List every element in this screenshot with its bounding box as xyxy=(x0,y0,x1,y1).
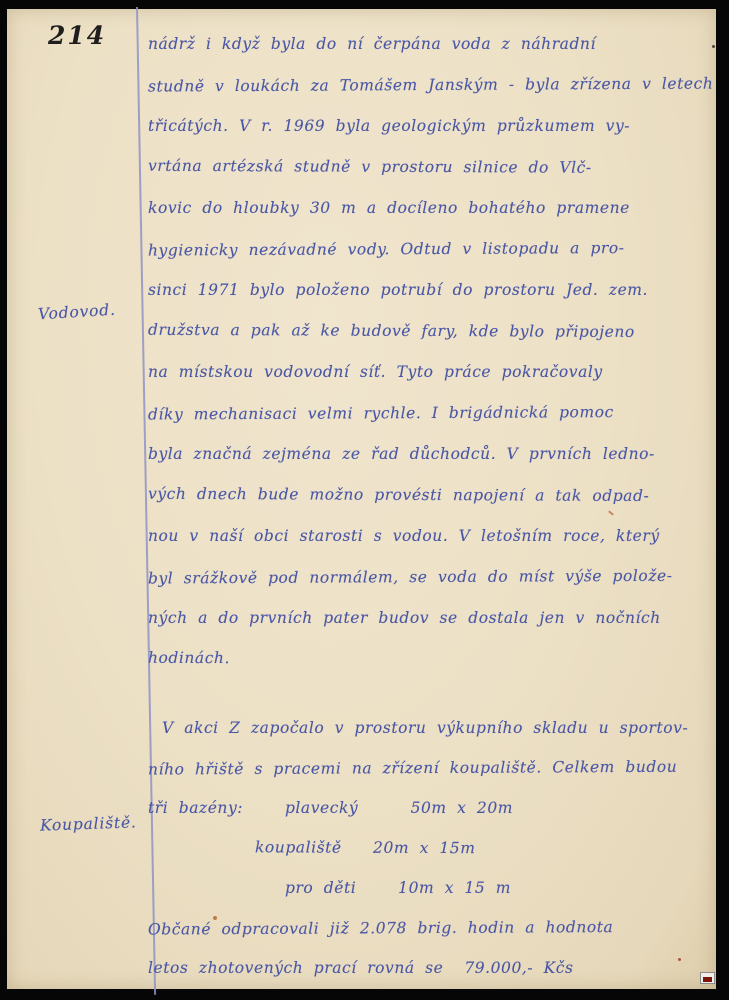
handwritten-text-line: vých dnech bude možno provésti napojení … xyxy=(148,474,715,517)
handwritten-text-line: hygienicky nezávadné vody. Odtud v listo… xyxy=(148,228,715,272)
handwritten-text-line: družstva a pak až ke budově fary, kde by… xyxy=(148,310,715,353)
page-number: 214 xyxy=(48,21,106,50)
handwritten-text-line: koupaliště 20m x 15m xyxy=(148,827,715,869)
margin-label-vodovod: Vodovod. xyxy=(38,301,117,324)
handwritten-text-line: Občané odpracovali již 2.078 brig. hodin… xyxy=(148,907,715,950)
handwritten-text-line: byl srážkově pod normálem, se voda do mí… xyxy=(148,556,715,600)
handwritten-text-line: pro děti 10m x 15 m xyxy=(148,868,715,908)
paper-speck xyxy=(213,916,217,920)
page-binding-edge xyxy=(7,9,31,989)
scanned-page-background: 214 Vodovod. Koupaliště. nádrž i když by… xyxy=(0,0,729,1000)
chronicle-page: 214 Vodovod. Koupaliště. nádrž i když by… xyxy=(7,9,716,989)
handwritten-text-line: hodinách. xyxy=(148,638,715,681)
scan-watermark-icon xyxy=(700,972,715,984)
handwritten-text-line: díky mechanisaci velmi rychle. I brigádn… xyxy=(148,392,715,436)
handwritten-text-line: nádrž i když byla do ní čerpána voda z n… xyxy=(148,24,715,65)
handwritten-text-line: vrtána artézská studně v prostoru silnic… xyxy=(148,146,715,189)
handwritten-text-line: letos zhotovených prací rovná se 79.000,… xyxy=(148,948,715,988)
handwritten-text-line: ního hřiště s pracemi na zřízení koupali… xyxy=(148,747,715,790)
handwritten-text-line: tři bazény: plavecký 50m x 20m xyxy=(148,788,715,828)
handwritten-text-line: třicátých. V r. 1969 byla geologickým pr… xyxy=(148,106,715,147)
paper-speck xyxy=(712,45,715,48)
handwritten-text-line: na místskou vodovodní síť. Tyto práce po… xyxy=(148,352,715,393)
handwritten-text-line: V akci Z započalo v prostoru výkupního s… xyxy=(148,708,715,748)
handwritten-text-line: ných a do prvních pater budov se dostala… xyxy=(148,598,715,639)
handwritten-text-line: nou v naší obci starosti s vodou. V leto… xyxy=(148,516,715,557)
section-vodovod-text: nádrž i když byla do ní čerpána voda z n… xyxy=(148,24,715,680)
margin-label-koupaliste: Koupaliště. xyxy=(40,813,137,834)
handwritten-text-line: studně v loukách za Tomášem Janským - by… xyxy=(148,64,715,108)
handwritten-text-line: byla značná zejména ze řad důchodců. V p… xyxy=(148,434,715,475)
section-koupaliste-text: V akci Z započalo v prostoru výkupního s… xyxy=(148,708,715,988)
scan-watermark-bar xyxy=(703,977,712,982)
handwritten-text-line: sinci 1971 bylo položeno potrubí do pros… xyxy=(148,270,715,311)
handwritten-text-line: kovic do hloubky 30 m a docíleno bohatéh… xyxy=(148,188,715,229)
paper-speck xyxy=(678,958,681,961)
